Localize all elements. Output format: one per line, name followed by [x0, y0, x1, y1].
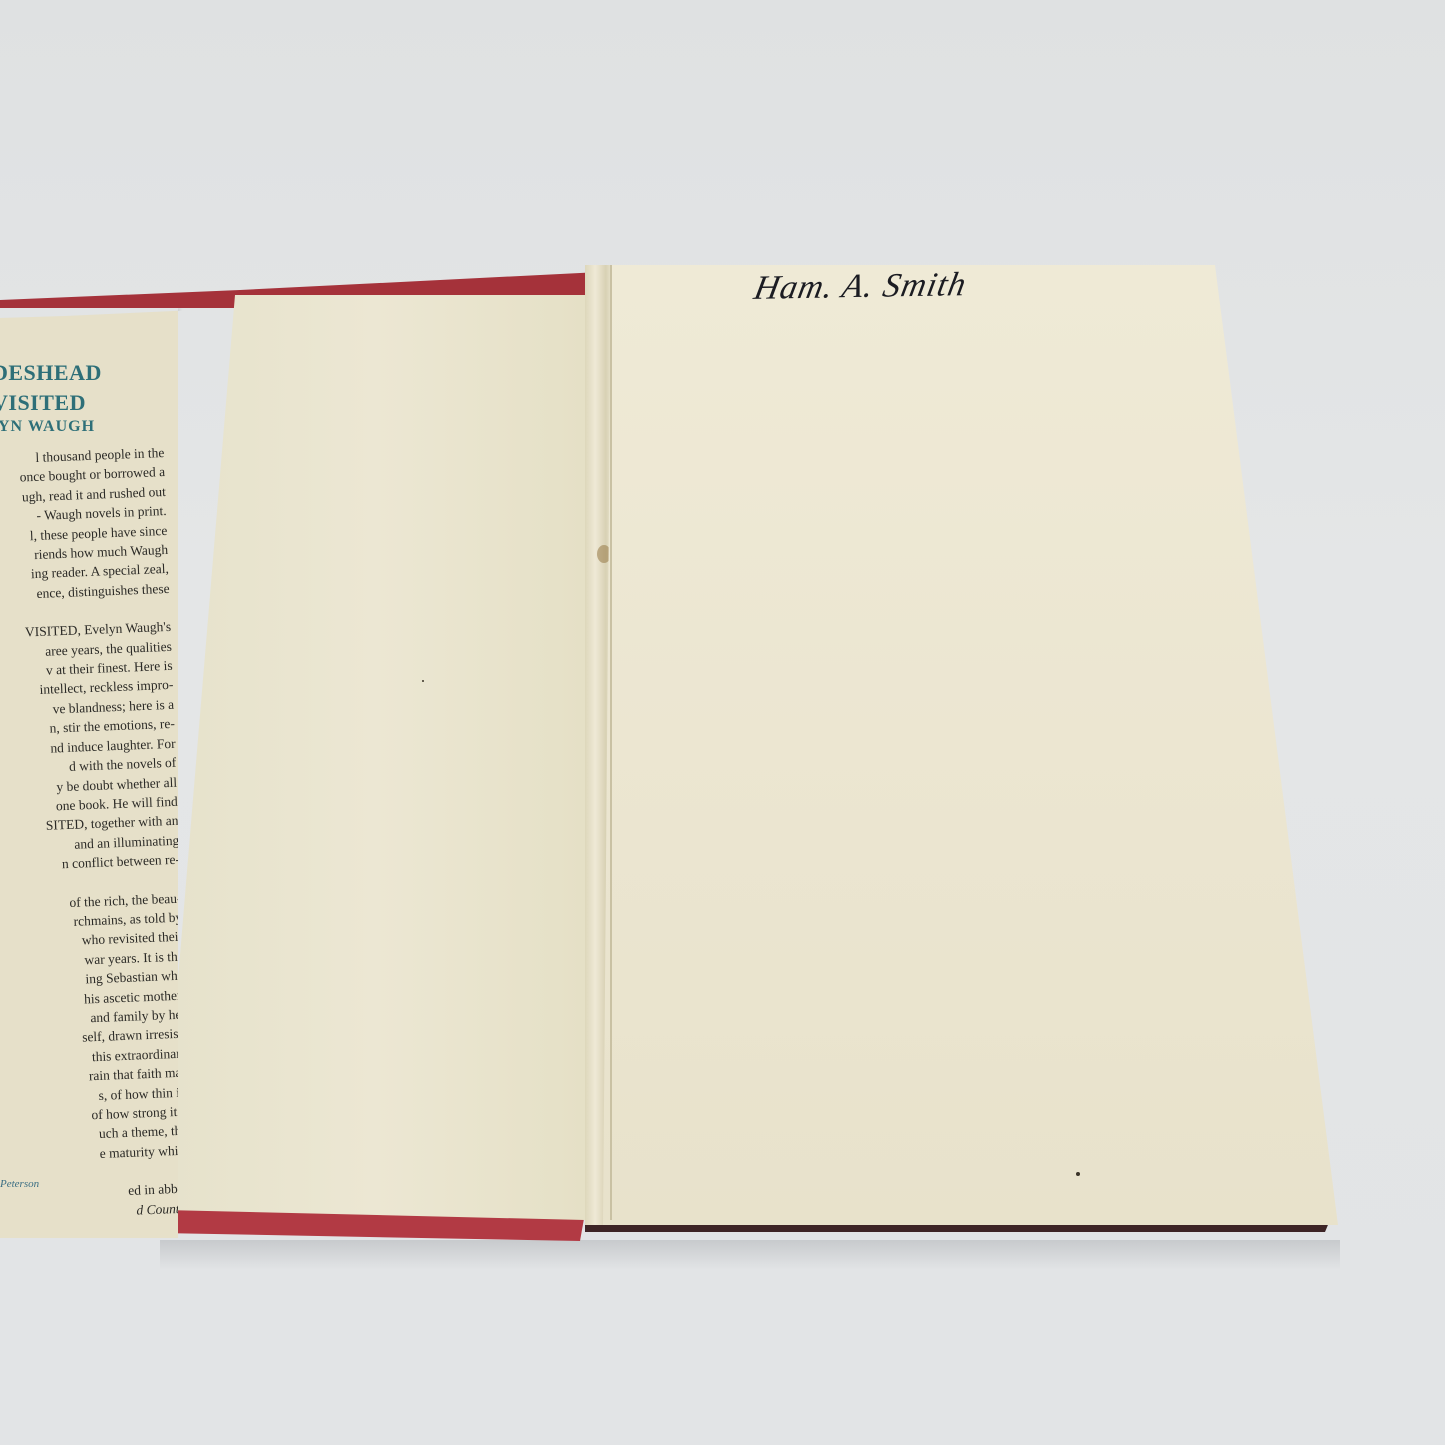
page-speck	[422, 680, 424, 682]
free-endpaper	[603, 265, 1338, 1225]
front-pastedown	[165, 295, 585, 1220]
book-photo: Ham. A. Smith DESHEAD VISITED YN WAUGH l…	[0, 0, 1445, 1445]
jacket-title: DESHEAD VISITED	[0, 358, 102, 418]
jacket-title-line-1: DESHEAD	[0, 358, 102, 388]
jacket-design-credit: Peterson	[0, 1178, 39, 1190]
dust-jacket-flap: DESHEAD VISITED YN WAUGH l thousand peop…	[0, 308, 178, 1238]
book-shadow	[160, 1240, 1340, 1270]
owner-signature: Ham. A. Smith	[751, 266, 970, 308]
jacket-title-line-2: VISITED	[0, 388, 102, 418]
jacket-blurb: l thousand people in the once bought or …	[0, 443, 178, 1227]
jacket-author: YN WAUGH	[0, 418, 95, 436]
page-gutter-edge	[610, 265, 612, 1220]
page-speck	[1076, 1172, 1080, 1176]
